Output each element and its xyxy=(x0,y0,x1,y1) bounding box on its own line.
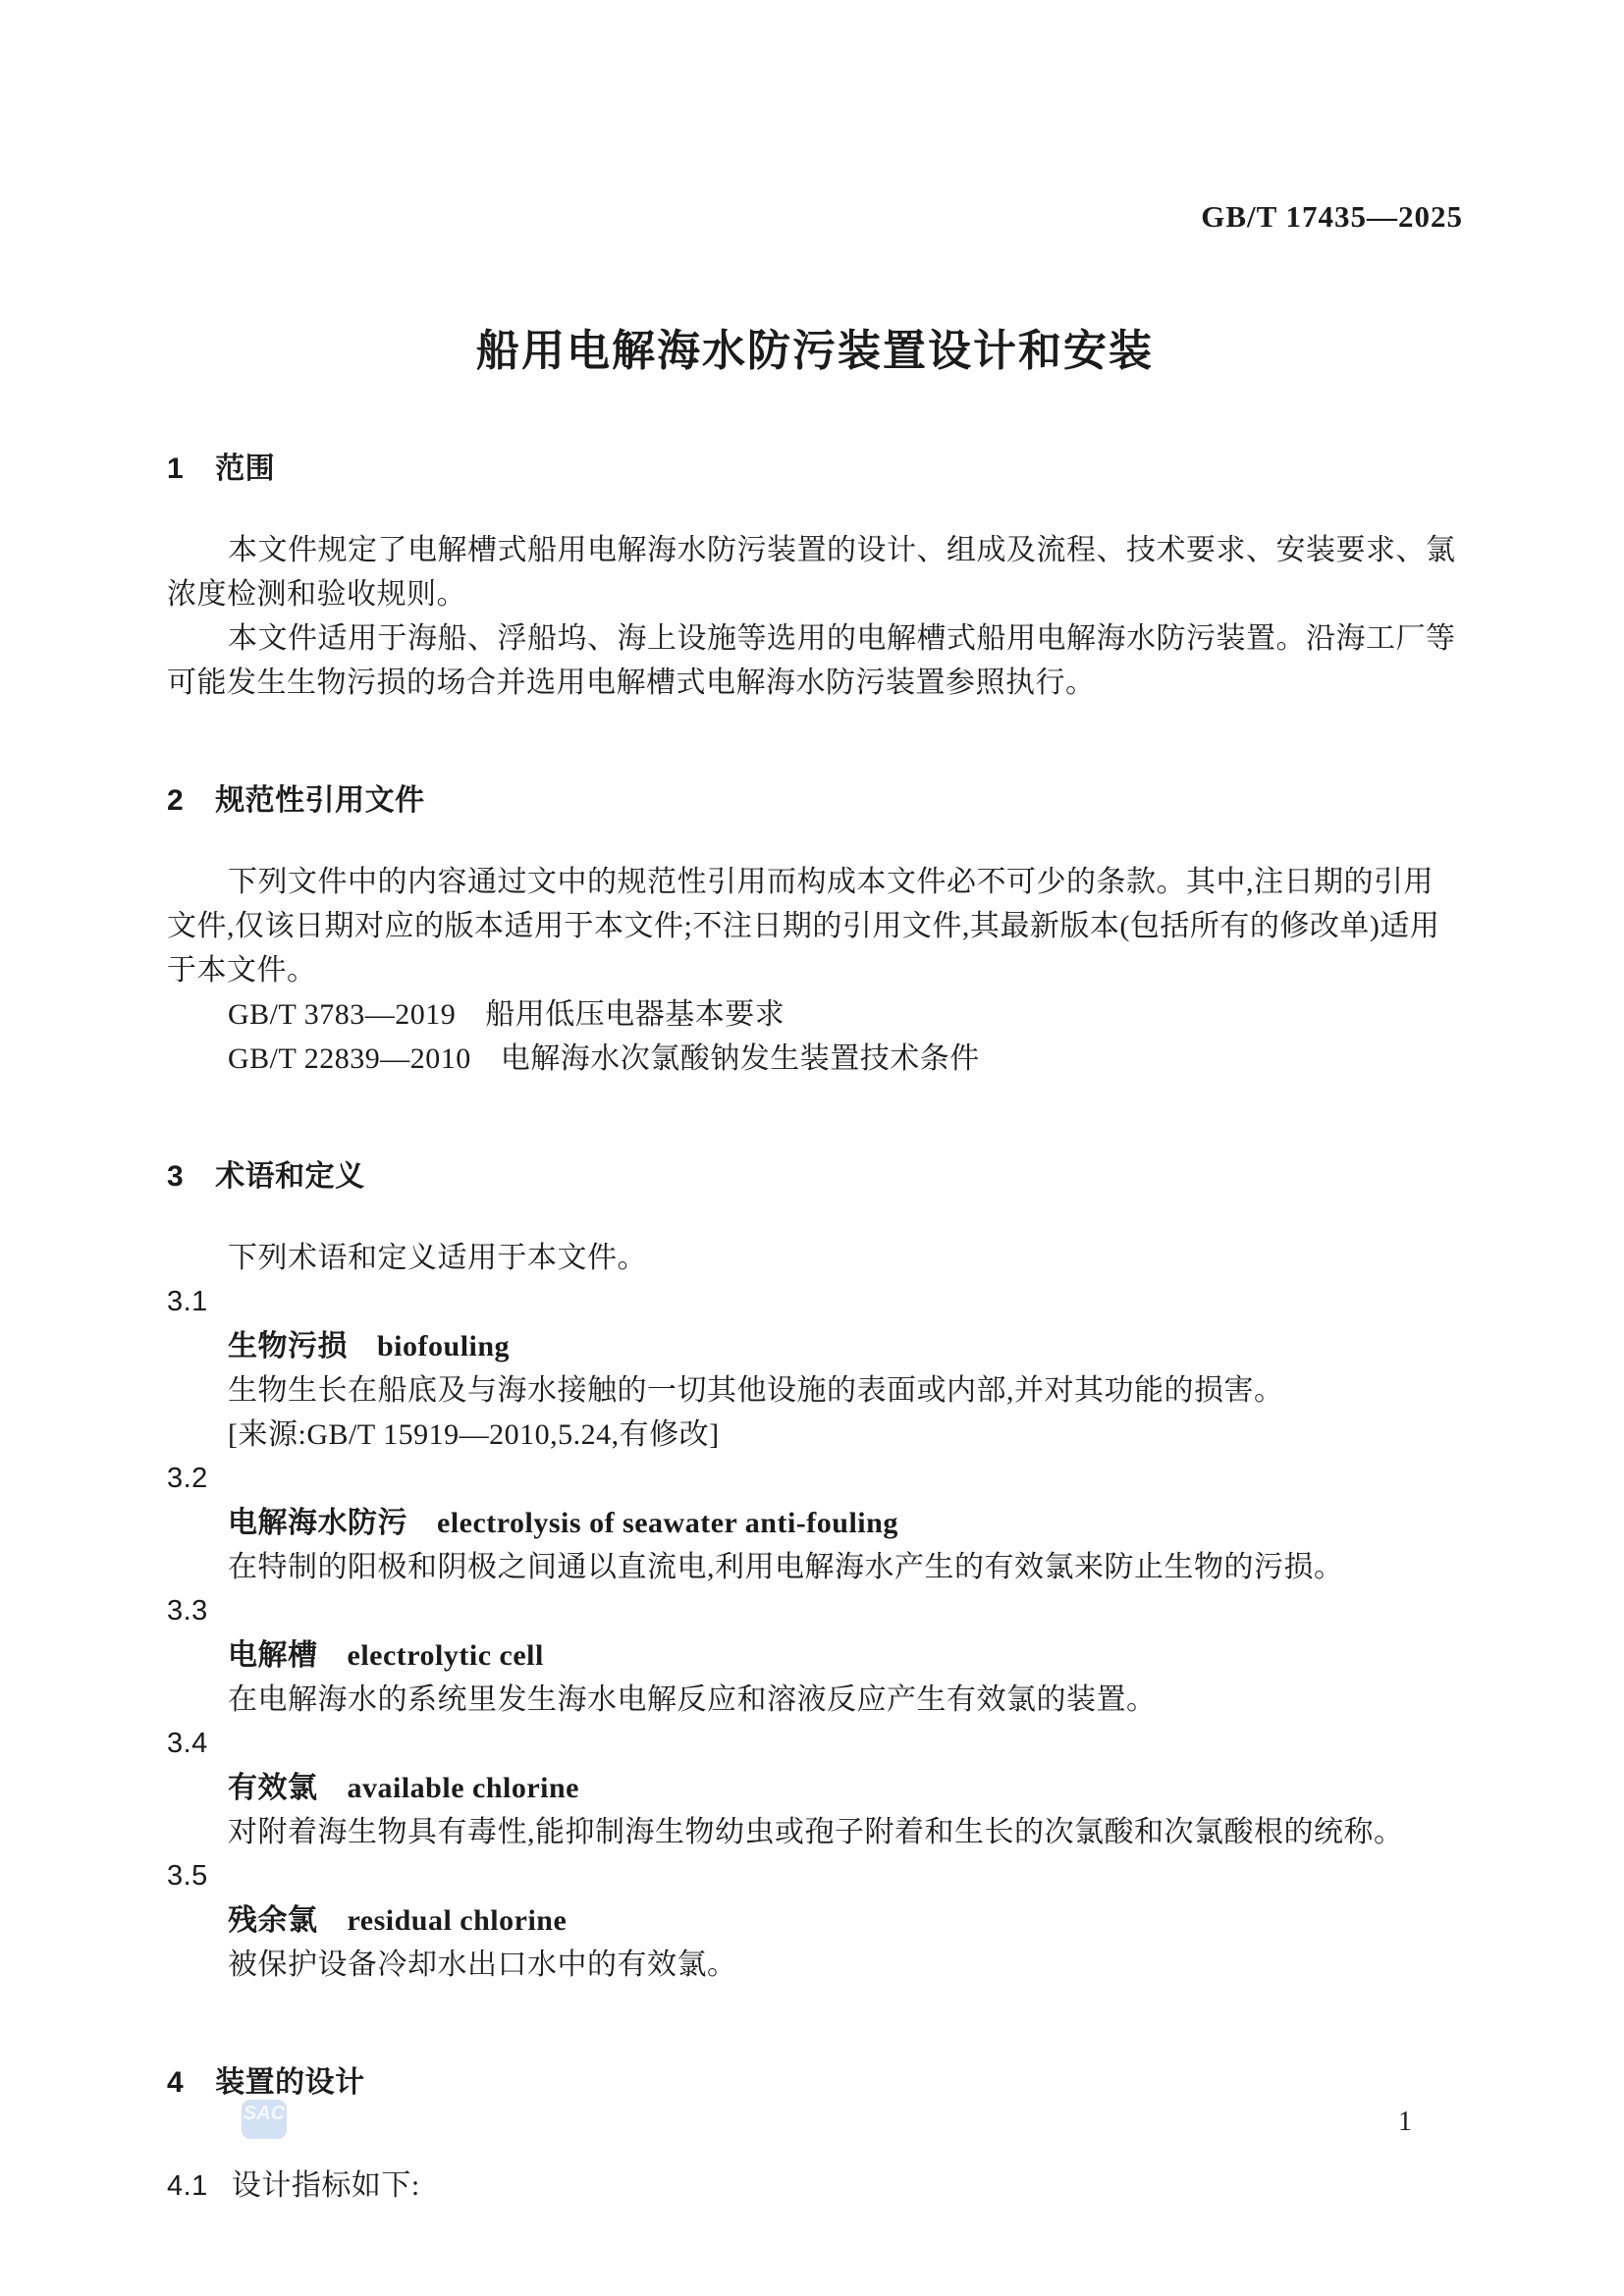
page-number: 1 xyxy=(1398,2107,1412,2138)
section-number: 2 xyxy=(167,778,184,823)
standard-document-page: GB/T 17435—2025 船用电解海水防污装置设计和安装 1范围 本文件规… xyxy=(0,0,1624,2296)
section-title: 术语和定义 xyxy=(215,1160,365,1193)
reference-item: GB/T 22839—2010电解海水次氯酸钠发生装置技术条件 xyxy=(167,1037,1463,1081)
subclause-4-1: 4.1设计指标如下: xyxy=(167,2163,1463,2209)
term-entry: 电解槽electrolytic cell xyxy=(167,1633,1463,1678)
term-chinese: 残余氯 xyxy=(228,1898,318,1943)
term-definition: 生物生长在船底及与海水接触的一切其他设施的表面或内部,并对其功能的损害。 xyxy=(167,1368,1463,1413)
section-3-heading: 3术语和定义 xyxy=(167,1154,1463,1199)
term-chinese: 电解海水防污 xyxy=(228,1501,407,1545)
section-1-heading: 1范围 xyxy=(167,447,1463,491)
document-title: 船用电解海水防污装置设计和安装 xyxy=(167,329,1463,373)
term-definition: 被保护设备冷却水出口水中的有效氯。 xyxy=(167,1943,1463,1987)
reference-code: GB/T 3783—2019 xyxy=(228,992,456,1037)
term-number: 3.5 xyxy=(167,1854,1463,1898)
section-title: 装置的设计 xyxy=(215,2066,365,2099)
term-chinese: 有效氯 xyxy=(228,1766,318,1810)
page-content: GB/T 17435—2025 船用电解海水防污装置设计和安装 1范围 本文件规… xyxy=(167,0,1463,2209)
subclause-number: 4.1 xyxy=(167,2164,208,2209)
scope-paragraph-2: 本文件适用于海船、浮船坞、海上设施等选用的电解槽式船用电解海水防污装置。沿海工厂… xyxy=(167,616,1463,705)
term-entry: 电解海水防污electrolysis of seawater anti-foul… xyxy=(167,1501,1463,1545)
scope-paragraph-1: 本文件规定了电解槽式船用电解海水防污装置的设计、组成及流程、技术要求、安装要求、… xyxy=(167,528,1463,616)
sac-logo-text: SAC xyxy=(244,2100,285,2127)
term-definition: 在特制的阳极和阴极之间通以直流电,利用电解海水产生的有效氯来防止生物的污损。 xyxy=(167,1545,1463,1589)
standard-code: GB/T 17435—2025 xyxy=(167,194,1463,239)
reference-title: 船用低压电器基本要求 xyxy=(485,998,785,1031)
section-title: 规范性引用文件 xyxy=(215,784,425,817)
reference-title: 电解海水次氯酸钠发生装置技术条件 xyxy=(501,1042,980,1075)
term-source: [来源:GB/T 15919—2010,5.24,有修改] xyxy=(167,1413,1463,1457)
term-entry: 有效氯available chlorine xyxy=(167,1766,1463,1810)
section-number: 4 xyxy=(167,2060,184,2105)
term-number: 3.1 xyxy=(167,1280,1463,1324)
term-english: available chlorine xyxy=(348,1772,580,1804)
section-title: 范围 xyxy=(215,453,275,485)
term-definition: 在电解海水的系统里发生海水电解反应和溶液反应产生有效氯的装置。 xyxy=(167,1678,1463,1722)
reference-item: GB/T 3783—2019船用低压电器基本要求 xyxy=(167,992,1463,1037)
section-4-heading: 4装置的设计 xyxy=(167,2060,1463,2105)
term-english: electrolytic cell xyxy=(348,1639,544,1672)
term-number: 3.4 xyxy=(167,1722,1463,1766)
section-number: 1 xyxy=(167,447,184,491)
terms-intro: 下列术语和定义适用于本文件。 xyxy=(167,1236,1463,1280)
section-2-heading: 2规范性引用文件 xyxy=(167,778,1463,823)
reference-code: GB/T 22839—2010 xyxy=(228,1037,471,1081)
term-entry: 生物污损biofouling xyxy=(167,1324,1463,1368)
term-english: electrolysis of seawater anti-fouling xyxy=(437,1507,898,1539)
term-number: 3.2 xyxy=(167,1457,1463,1501)
term-definition: 对附着海生物具有毒性,能抑制海生物幼虫或孢子附着和生长的次氯酸和次氯酸根的统称。 xyxy=(167,1810,1463,1854)
term-chinese: 电解槽 xyxy=(228,1633,318,1678)
term-chinese: 生物污损 xyxy=(228,1324,348,1368)
term-number: 3.3 xyxy=(167,1589,1463,1633)
subclause-text: 设计指标如下: xyxy=(232,2169,420,2202)
term-english: biofouling xyxy=(377,1330,510,1362)
normative-references-intro: 下列文件中的内容通过文中的规范性引用而构成本文件必不可少的条款。其中,注日期的引… xyxy=(167,860,1463,992)
term-english: residual chlorine xyxy=(348,1904,568,1937)
term-entry: 残余氯residual chlorine xyxy=(167,1898,1463,1943)
section-number: 3 xyxy=(167,1154,184,1199)
sac-watermark-logo: SAC xyxy=(242,2100,287,2139)
